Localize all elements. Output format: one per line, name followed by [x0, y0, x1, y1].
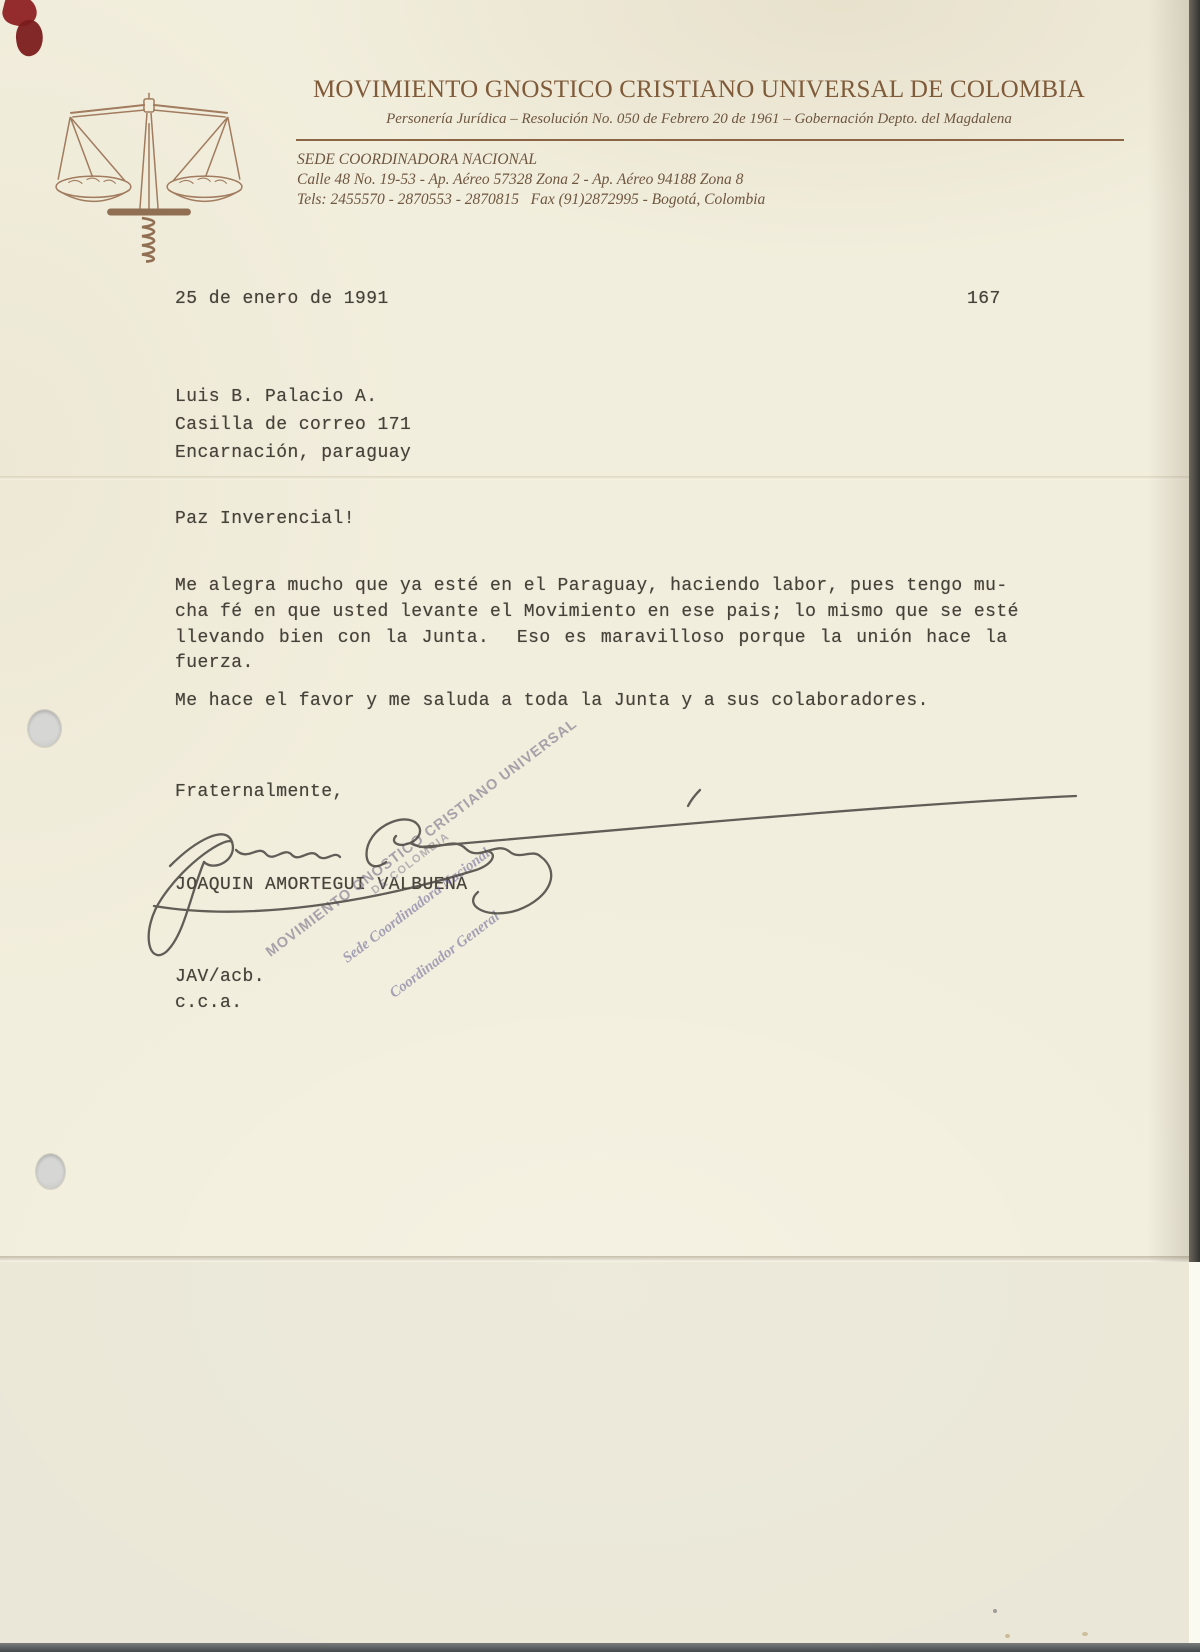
- paper-speck: [1082, 1632, 1088, 1636]
- scales-of-justice-sword-icon: [48, 60, 250, 268]
- closing-phrase: Fraternalmente,: [175, 781, 344, 803]
- body-paragraph1-line4: fuerza.: [175, 652, 254, 674]
- office-line: SEDE COORDINADORA NACIONAL: [297, 151, 537, 169]
- scan-edge-light-strip: [1189, 1262, 1200, 1652]
- hole-punch: [36, 1154, 65, 1189]
- scan-bottom-edge: [0, 1643, 1200, 1652]
- legal-registration-line: Personería Jurídica – Resolución No. 050…: [288, 111, 1110, 128]
- fold-line: [0, 1256, 1200, 1262]
- scanned-letter-page: MOVIMIENTO GNOSTICO CRISTIANO UNIVERSAL …: [0, 0, 1200, 1652]
- recipient-city: Encarnación, paraguay: [175, 442, 411, 464]
- right-edge-shadow: [1147, 0, 1189, 1262]
- street-address-line: Calle 48 No. 19-53 - Ap. Aéreo 57328 Zon…: [297, 171, 743, 189]
- phone-fax-line: Tels: 2455570 - 2870553 - 2870815 Fax (9…: [297, 191, 765, 209]
- reference-initials: JAV/acb.: [175, 966, 265, 988]
- below-fold-shading: [0, 1262, 1200, 1652]
- letterhead-divider: [296, 139, 1124, 141]
- salutation: Paz Inverencial!: [175, 508, 355, 530]
- rubber-stamp-org-line: MOVIMIENTO GNOSTICO CRISTIANO UNIVERSAL: [263, 716, 580, 961]
- body-paragraph2: Me hace el favor y me saluda a toda la J…: [175, 690, 929, 712]
- organization-name: MOVIMIENTO GNOSTICO CRISTIANO UNIVERSAL …: [288, 76, 1110, 104]
- body-paragraph1-line3: llevando bien con la Junta. Eso es marav…: [175, 627, 1008, 649]
- letter-date: 25 de enero de 1991: [175, 288, 389, 310]
- page-number: 167: [967, 288, 1001, 310]
- paper-speck: [1005, 1634, 1010, 1638]
- scan-edge-dark-strip: [1189, 0, 1200, 1262]
- carbon-copy-note: c.c.a.: [175, 992, 243, 1014]
- recipient-po-box: Casilla de correo 171: [175, 414, 411, 436]
- recipient-name: Luis B. Palacio A.: [175, 386, 378, 408]
- paper-speck: [993, 1609, 997, 1613]
- body-paragraph1-line2: cha fé en que usted levante el Movimient…: [175, 601, 1019, 623]
- body-paragraph1-line1: Me alegra mucho que ya esté en el Paragu…: [175, 575, 1008, 597]
- paper-crease: [0, 476, 1200, 480]
- hole-punch: [28, 710, 61, 747]
